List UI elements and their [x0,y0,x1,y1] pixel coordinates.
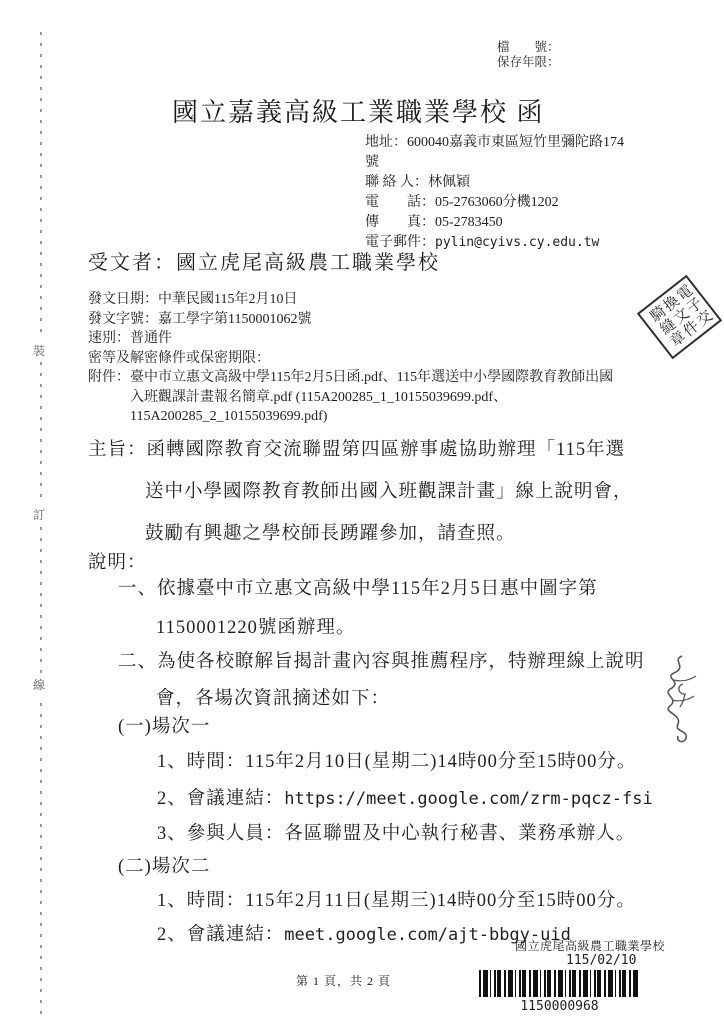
file-number-label: 檔 號： [497,40,560,55]
security-line: 密等及解密條件或保密期限： [88,349,663,369]
binding-mark-zhuang: 裝 [33,340,45,361]
barcode [479,970,640,997]
page-number-info: 第 1 頁，共 2 頁 [296,972,391,989]
session2-meeting-link: 2、會議連結：meet.google.com/ajt-bbgy-uid [157,920,571,946]
sender-info-block: 地址：600040嘉義市東區短竹里彌陀路174 號 聯 絡 人：林佩穎 電 話：… [365,133,695,253]
session2-link-label: 2、會議連結： [157,925,284,945]
receiving-date: 115/02/10 [566,953,636,968]
session2-heading: (二)場次二 [118,852,210,878]
session1-link-label: 2、會議連結： [157,789,284,809]
session1-attendees: 3、參與人員：各區聯盟及中心執行秘書、業務承辦人。 [157,819,635,845]
speed-line: 速別：普通件 [88,329,663,349]
sender-contact-person: 聯 絡 人：林佩穎 [365,173,695,193]
session2-time: 1、時間：115年2月11日(星期三)14時00分至15時00分。 [157,886,636,912]
archive-header: 檔 號： 保存年限： [497,40,560,70]
scanned-official-letter-page: 裝 訂 線 檔 號： 保存年限： 國立嘉義高級工業職業學校 函 地址：60004… [0,0,724,1024]
explanation-item-1: 一、依據臺中市立惠文高級中學115年2月5日惠中圖字第 1150001220號函… [118,570,663,648]
explanation-item-2: 二、為使各校瞭解旨揭計畫內容與推薦程序，特辦理線上說明 會，各場次資訊摘述如下： [118,644,663,718]
recipient-line: 受文者：國立虎尾高級農工職業學校 [88,246,440,275]
session1-meeting-link: 2、會議連結：https://meet.google.com/zrm-pqcz-… [157,784,653,810]
binding-mark-xian: 線 [33,674,45,695]
attachment-line: 附件：臺中市立惠文高級中學115年2月5日函.pdf、115年選送中小學國際教育… [88,368,663,427]
issue-date-line: 發文日期：中華民國115年2月10日 [88,290,663,310]
metadata-block: 發文日期：中華民國115年2月10日 發文字號：嘉工學字第1150001062號… [88,290,663,427]
sender-fax: 傳 真：05-2783450 [365,213,695,233]
session1-link-url: https://meet.google.com/zrm-pqcz-fsi [284,789,652,809]
document-title: 國立嘉義高級工業職業學校 函 [172,92,545,129]
retention-period-label: 保存年限： [497,55,560,70]
session1-heading: (一)場次一 [118,712,210,738]
session1-time: 1、時間：115年2月10日(星期二)14時00分至15時00分。 [157,747,636,773]
binding-mark-ding: 訂 [33,504,45,525]
subject-paragraph: 主旨：函轉國際教育交流聯盟第四區辦事處協助辦理「115年選 送中小學國際教育教師… [88,429,663,555]
scan-smudge-mark [652,650,710,750]
sender-address: 地址：600040嘉義市東區短竹里彌陀路174 號 [365,133,695,173]
sender-phone: 電 話：05-2763060分機1202 [365,193,695,213]
sender-email-value: pylin@cyivs.cy.edu.tw [435,235,599,250]
doc-number-line: 發文字號：嘉工學字第1150001062號 [88,310,663,330]
barcode-number: 1150000968 [479,999,640,1014]
receiving-school-stamp-name: 國立虎尾高級農工職業學校 [515,937,665,954]
